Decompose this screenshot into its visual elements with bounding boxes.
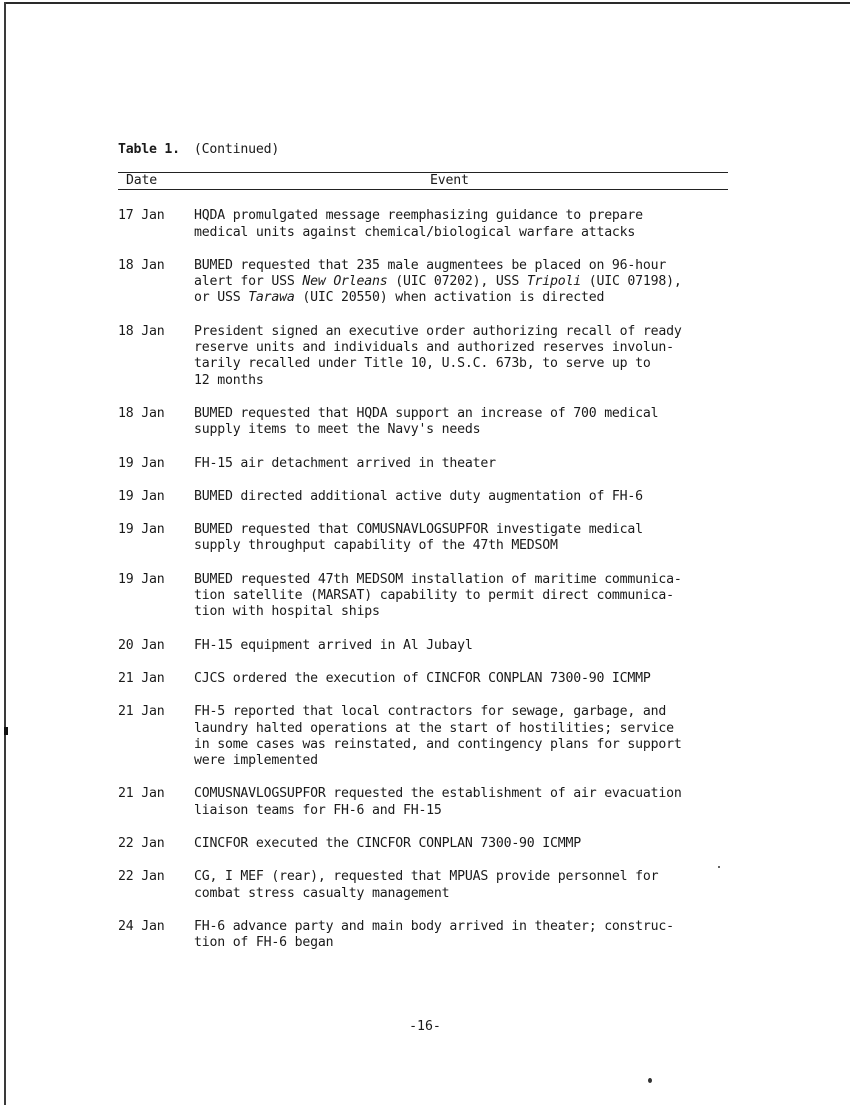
- row-event: FH-6 advance party and main body arrived…: [194, 919, 728, 952]
- table-row: 19 Jan FH-15 air detachment arrived in t…: [118, 456, 728, 472]
- row-event: President signed an executive order auth…: [194, 324, 728, 389]
- table-row: 21 Jan CJCS ordered the execution of CIN…: [118, 671, 728, 687]
- row-event: COMUSNAVLOGSUPFOR requested the establis…: [194, 786, 728, 819]
- row-date: 21 Jan: [118, 671, 194, 687]
- row-date: 22 Jan: [118, 836, 194, 852]
- table-header-rule: [118, 189, 728, 190]
- row-date: 19 Jan: [118, 456, 194, 472]
- table-row: 21 Jan COMUSNAVLOGSUPFOR requested the e…: [118, 786, 728, 819]
- table-row: 21 Jan FH-5 reported that local contract…: [118, 704, 728, 769]
- table-row: 18 Jan BUMED requested that HQDA support…: [118, 406, 728, 439]
- table-row: 20 Jan FH-15 equipment arrived in Al Jub…: [118, 638, 728, 654]
- row-date: 18 Jan: [118, 324, 194, 389]
- row-event: FH-5 reported that local contractors for…: [194, 704, 728, 769]
- table-caption-text: (Continued): [194, 142, 279, 158]
- row-date: 18 Jan: [118, 258, 194, 307]
- table-label: Table 1.: [118, 142, 180, 158]
- table-row: 19 Jan BUMED requested that COMUSNAVLOGS…: [118, 522, 728, 555]
- scan-speck: [648, 1078, 652, 1083]
- row-event: FH-15 air detachment arrived in theater: [194, 456, 728, 472]
- row-event: BUMED requested 47th MEDSOM installation…: [194, 572, 728, 621]
- scan-border-left: [4, 2, 6, 1105]
- row-event: HQDA promulgated message reemphasizing g…: [194, 208, 728, 241]
- ship-name: Tarawa: [248, 290, 294, 305]
- table-row: 22 Jan CINCFOR executed the CINCFOR CONP…: [118, 836, 728, 852]
- scan-mark: [4, 727, 8, 735]
- table-row: 24 Jan FH-6 advance party and main body …: [118, 919, 728, 952]
- document-page: Table 1. (Continued) Date Event 17 Jan H…: [118, 142, 728, 969]
- table-row: 19 Jan BUMED directed additional active …: [118, 489, 728, 505]
- table-row: 22 Jan CG, I MEF (rear), requested that …: [118, 869, 728, 902]
- row-event: FH-15 equipment arrived in Al Jubayl: [194, 638, 728, 654]
- event-text: (UIC 07202), USS: [388, 274, 527, 289]
- row-date: 21 Jan: [118, 786, 194, 819]
- scan-border-top: [4, 2, 850, 4]
- table-row: 17 Jan HQDA promulgated message reemphas…: [118, 208, 728, 241]
- row-date: 21 Jan: [118, 704, 194, 769]
- table-caption: Table 1. (Continued): [118, 142, 728, 158]
- row-event: CINCFOR executed the CINCFOR CONPLAN 730…: [194, 836, 728, 852]
- ship-name: New Orleans: [302, 274, 387, 289]
- table-body: 17 Jan HQDA promulgated message reemphas…: [118, 208, 728, 951]
- ship-name: Tripoli: [527, 274, 581, 289]
- table-row: 18 Jan BUMED requested that 235 male aug…: [118, 258, 728, 307]
- row-date: 18 Jan: [118, 406, 194, 439]
- row-date: 19 Jan: [118, 522, 194, 555]
- table-row: 18 Jan President signed an executive ord…: [118, 324, 728, 389]
- table-header: Date Event: [118, 173, 728, 189]
- row-date: 17 Jan: [118, 208, 194, 241]
- row-event: BUMED requested that HQDA support an inc…: [194, 406, 728, 439]
- row-date: 24 Jan: [118, 919, 194, 952]
- row-event: BUMED requested that COMUSNAVLOGSUPFOR i…: [194, 522, 728, 555]
- column-header-event: Event: [430, 173, 469, 189]
- row-event: BUMED requested that 235 male augmentees…: [194, 258, 728, 307]
- row-event: CG, I MEF (rear), requested that MPUAS p…: [194, 869, 728, 902]
- page-number: -16-: [0, 1019, 850, 1034]
- row-date: 19 Jan: [118, 572, 194, 621]
- row-date: 22 Jan: [118, 869, 194, 902]
- row-date: 20 Jan: [118, 638, 194, 654]
- column-header-date: Date: [118, 173, 194, 189]
- event-text: (UIC 20550) when activation is directed: [295, 290, 605, 305]
- row-event: CJCS ordered the execution of CINCFOR CO…: [194, 671, 728, 687]
- row-date: 19 Jan: [118, 489, 194, 505]
- row-event: BUMED directed additional active duty au…: [194, 489, 728, 505]
- table-row: 19 Jan BUMED requested 47th MEDSOM insta…: [118, 572, 728, 621]
